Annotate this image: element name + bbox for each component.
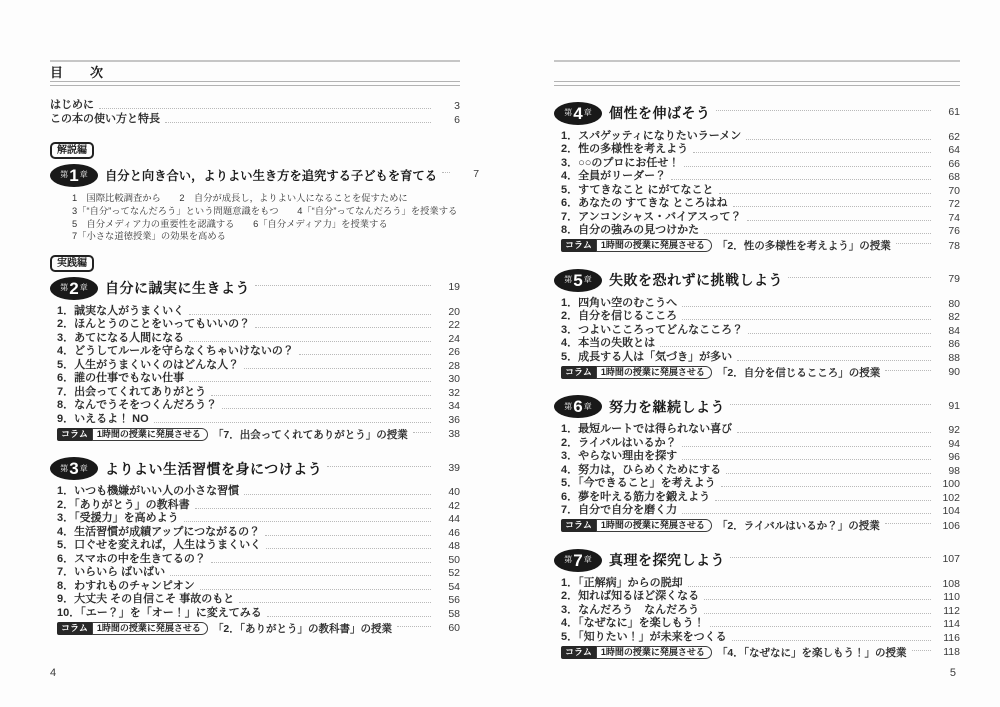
chapter-badge-number: 3 — [69, 460, 78, 477]
column-row: コラム1時間の授業に発展させる「2．「ありがとう」の教科書」の授業60 — [50, 621, 460, 636]
column-box-label: 1時間の授業に発展させる — [596, 519, 712, 532]
chapter-title: 個性を伸ばそう — [609, 103, 711, 123]
dotted-leader — [255, 285, 431, 286]
dotted-leader — [693, 152, 931, 153]
dotted-leader — [397, 626, 431, 627]
subnote-line: 1 国際比較調査から 2 自分が成長し，よりよい人になることを促すために — [72, 192, 460, 205]
chapter-badge-number: 4 — [573, 105, 582, 122]
column-tag: コラム — [561, 519, 596, 532]
dotted-leader — [211, 562, 431, 563]
edition-badge: 実践編 — [50, 255, 94, 272]
dotted-leader — [730, 557, 931, 558]
page-number-right: 5 — [950, 667, 956, 679]
subnote-line: 7「小さな道徳授業」の効果を高める — [72, 230, 460, 243]
column-label: 「2．性の多様性を考えよう」の授業 — [717, 238, 891, 253]
chapter-badge-prefix: 第 — [564, 109, 572, 117]
dotted-leader — [682, 306, 931, 307]
toc-item-page: 100 — [936, 478, 960, 490]
chapter-number-badge: 第5章 — [554, 269, 602, 292]
chapter-section: 解説編第1章自分と向き合い，よりよい生き方を追究する子どもを育てる71 国際比較… — [50, 140, 460, 243]
toc-item-page: 34 — [436, 400, 460, 412]
chapter-page: 79 — [936, 273, 960, 285]
dotted-leader — [715, 500, 931, 501]
toc-item-page: 66 — [936, 158, 960, 170]
column-label: 「2．ライバルはいるか？」の授業 — [717, 518, 880, 533]
chapter-title: 真理を探究しよう — [609, 550, 725, 570]
toc-item-page: 54 — [436, 581, 460, 593]
subnote-line: 3「“自分”ってなんだろう」という問題意識をもつ 4「“自分”ってなんだろう」を… — [72, 205, 460, 218]
chapter-title: 自分と向き合い，よりよい生き方を追究する子どもを育てる — [105, 166, 437, 184]
chapter-item-list: 1．いつも機嫌がいい人の小さな習慣402．「ありがとう」の教科書423．「受援力… — [50, 485, 460, 620]
column-tag: コラム — [561, 366, 596, 379]
column-label: 「2．自分を信じるこころ」の授業 — [717, 365, 880, 380]
dotted-leader — [442, 172, 450, 173]
column-tag: コラム — [561, 239, 596, 252]
toc-item-page: 102 — [936, 492, 960, 504]
chapter-page: 61 — [936, 106, 960, 118]
toc-item: 8．自分の強みの見つけかた76 — [561, 224, 960, 238]
dotted-leader — [716, 110, 932, 111]
chapter-badge-number: 5 — [573, 272, 582, 289]
dotted-leader — [737, 432, 931, 433]
toc-item-page: 70 — [936, 185, 960, 197]
dotted-leader — [200, 589, 431, 590]
dotted-leader — [265, 535, 431, 536]
dotted-leader — [99, 108, 431, 109]
chapter-badge-prefix: 第 — [60, 171, 68, 179]
chapter-badge-number: 1 — [69, 167, 78, 184]
dotted-leader — [746, 139, 931, 140]
chapter-subnotes: 1 国際比較調査から 2 自分が成長し，よりよい人になることを促すために3「“自… — [72, 192, 460, 243]
toc-spread: 目 次 はじめに3この本の使い方と特長6 解説編第1章自分と向き合い，よりよい生… — [0, 0, 1000, 707]
front-item-page: 6 — [436, 114, 460, 126]
column-box-label: 1時間の授業に発展させる — [92, 622, 208, 635]
dotted-leader — [896, 243, 931, 244]
page-header: 目 次 — [50, 60, 460, 86]
column-row: コラム1時間の授業に発展させる「7．出会ってくれてありがとう」の授業38 — [50, 427, 460, 442]
chapter-sections: 第4章個性を伸ばそう611．スパゲッティになりたいラーメン622．性の多様性を考… — [554, 100, 960, 660]
dotted-leader — [704, 613, 931, 614]
toc-item-page: 94 — [936, 438, 960, 450]
dotted-leader — [682, 513, 931, 514]
column-box-label: 1時間の授業に発展させる — [92, 428, 208, 441]
dotted-leader — [327, 466, 431, 467]
toc-item-page: 116 — [936, 632, 960, 644]
chapter-heading: 第7章真理を探究しよう107 — [554, 547, 960, 573]
front-item-label: この本の使い方と特長 — [50, 110, 160, 126]
chapter-badge-prefix: 第 — [564, 556, 572, 564]
chapter-title: 努力を継続しよう — [609, 397, 725, 417]
column-box-label: 1時間の授業に発展させる — [596, 646, 712, 659]
toc-title: 目 次 — [50, 62, 110, 81]
dotted-leader — [154, 422, 431, 423]
dotted-leader — [726, 473, 931, 474]
front-item-page: 3 — [436, 100, 460, 112]
page-header — [554, 60, 960, 86]
toc-item-page: 32 — [436, 387, 460, 399]
toc-item-page: 92 — [936, 424, 960, 436]
chapter-page: 91 — [936, 400, 960, 412]
dotted-leader — [732, 640, 931, 641]
column-page: 78 — [936, 240, 960, 252]
chapter-number-badge: 第4章 — [554, 102, 602, 125]
chapter-item-list: 1．四角い空のむこうへ802．自分を信じるこころ823．つよいこころってどんなこ… — [554, 296, 960, 364]
toc-item-label: 10．「エー？」を「オー！」に変えてみる — [57, 604, 262, 620]
chapter-section: 第3章よりよい生活習慣を身につけよう391．いつも機嫌がいい人の小さな習慣402… — [50, 456, 460, 636]
toc-item-page: 108 — [936, 578, 960, 590]
dotted-leader — [704, 599, 931, 600]
toc-item-page: 30 — [436, 373, 460, 385]
chapter-page: 7 — [455, 168, 479, 180]
dotted-leader — [684, 166, 931, 167]
toc-item-page: 114 — [936, 618, 960, 630]
toc-item-page: 76 — [936, 225, 960, 237]
toc-item-page: 40 — [436, 486, 460, 498]
chapter-title: 失敗を恐れずに挑戦しよう — [609, 270, 783, 290]
chapter-badge-suffix: 章 — [80, 284, 88, 292]
chapter-page: 19 — [436, 281, 460, 293]
dotted-leader — [788, 277, 931, 278]
page-number-left: 4 — [50, 667, 56, 679]
column-tag: コラム — [57, 622, 92, 635]
toc-item-label: 5．「知りたい！」が未来をつくる — [561, 628, 727, 644]
toc-item: 9．いえるよ！ NO36 — [57, 412, 460, 426]
chapter-badge-suffix: 章 — [584, 276, 592, 284]
toc-item-page: 84 — [936, 325, 960, 337]
edition-badge: 解説編 — [50, 142, 94, 159]
toc-item-page: 24 — [436, 333, 460, 345]
toc-item-page: 64 — [936, 144, 960, 156]
column-label: 「4．「なぜなに」を楽しもう！」の授業 — [717, 645, 907, 660]
chapter-badge-suffix: 章 — [584, 556, 592, 564]
chapter-heading: 第1章自分と向き合い，よりよい生き方を追究する子どもを育てる7 — [50, 162, 460, 188]
toc-item-page: 74 — [936, 212, 960, 224]
toc-item-page: 58 — [436, 608, 460, 620]
chapter-heading: 第2章自分に誠実に生きよう19 — [50, 275, 460, 301]
toc-item-page: 88 — [936, 352, 960, 364]
chapter-item-list: 1．誠実な人がうまくいく202．ほんとうのことをいってもいいの？223．あてにな… — [50, 304, 460, 426]
dotted-leader — [733, 206, 931, 207]
chapter-heading: 第4章個性を伸ばそう61 — [554, 100, 960, 126]
dotted-leader — [747, 220, 931, 221]
dotted-leader — [266, 548, 431, 549]
toc-item-page: 28 — [436, 360, 460, 372]
toc-item-page: 22 — [436, 319, 460, 331]
column-tag: コラム — [561, 646, 596, 659]
dotted-leader — [170, 575, 431, 576]
toc-item: 7．自分で自分を磨く力104 — [561, 504, 960, 518]
chapter-section: 第5章失敗を恐れずに挑戦しよう791．四角い空のむこうへ802．自分を信じるここ… — [554, 267, 960, 380]
column-page: 38 — [436, 428, 460, 440]
dotted-leader — [239, 602, 431, 603]
toc-item-page: 46 — [436, 527, 460, 539]
chapter-number-badge: 第6章 — [554, 395, 602, 418]
chapter-section: 第6章努力を継続しよう911．最短ルートでは得られない喜び922．ライバルはいる… — [554, 394, 960, 534]
dotted-leader — [189, 381, 431, 382]
header-band — [554, 62, 960, 81]
chapter-badge-prefix: 第 — [60, 465, 68, 473]
chapter-page: 107 — [936, 553, 960, 565]
chapter-badge-number: 7 — [573, 552, 582, 569]
header-rule-bottom — [50, 81, 460, 86]
column-row: コラム1時間の授業に発展させる「2．性の多様性を考えよう」の授業78 — [554, 238, 960, 253]
toc-item-label: 7．自分で自分を磨く力 — [561, 501, 677, 517]
chapter-badge-prefix: 第 — [564, 403, 572, 411]
chapter-sections: 解説編第1章自分と向き合い，よりよい生き方を追究する子どもを育てる71 国際比較… — [50, 140, 460, 636]
toc-item-page: 62 — [936, 131, 960, 143]
dotted-leader — [721, 486, 931, 487]
dotted-leader — [730, 404, 931, 405]
chapter-title: 自分に誠実に生きよう — [105, 278, 250, 298]
chapter-item-list: 1．スパゲッティになりたいラーメン622．性の多様性を考えよう643．○○のプロ… — [554, 129, 960, 237]
column-page: 90 — [936, 366, 960, 378]
dotted-leader — [299, 354, 431, 355]
chapter-heading: 第5章失敗を恐れずに挑戦しよう79 — [554, 267, 960, 293]
toc-item-page: 26 — [436, 346, 460, 358]
dotted-leader — [244, 368, 431, 369]
toc-item-page: 86 — [936, 338, 960, 350]
chapter-heading: 第3章よりよい生活習慣を身につけよう39 — [50, 456, 460, 482]
toc-item-page: 50 — [436, 554, 460, 566]
toc-item-page: 96 — [936, 451, 960, 463]
toc-item-label: 8．自分の強みの見つけかた — [561, 221, 699, 237]
chapter-page: 39 — [436, 462, 460, 474]
chapter-title: よりよい生活習慣を身につけよう — [105, 459, 322, 479]
dotted-leader — [748, 333, 931, 334]
column-page: 60 — [436, 622, 460, 634]
toc-item-page: 110 — [936, 591, 960, 603]
dotted-leader — [719, 193, 931, 194]
chapter-number-badge: 第3章 — [50, 457, 98, 480]
toc-item-page: 68 — [936, 171, 960, 183]
dotted-leader — [244, 494, 431, 495]
toc-item-page: 44 — [436, 513, 460, 525]
chapter-section: 実践編第2章自分に誠実に生きよう191．誠実な人がうまくいく202．ほんとうのこ… — [50, 253, 460, 442]
chapter-heading: 第6章努力を継続しよう91 — [554, 394, 960, 420]
dotted-leader — [737, 360, 931, 361]
toc-item-page: 112 — [936, 605, 960, 617]
dotted-leader — [710, 626, 931, 627]
column-row: コラム1時間の授業に発展させる「2．ライバルはいるか？」の授業106 — [554, 518, 960, 533]
chapter-badge-number: 6 — [573, 398, 582, 415]
dotted-leader — [885, 523, 931, 524]
toc-item-page: 52 — [436, 567, 460, 579]
column-box-label: 1時間の授業に発展させる — [596, 239, 712, 252]
chapter-section: 第7章真理を探究しよう1071．「正解病」からの脱却1082．知れば知るほど深く… — [554, 547, 960, 660]
column-label: 「7．出会ってくれてありがとう」の授業 — [213, 427, 408, 442]
column-page: 118 — [936, 646, 960, 658]
chapter-number-badge: 第1章 — [50, 164, 98, 187]
dotted-leader — [704, 233, 931, 234]
toc-item-page: 48 — [436, 540, 460, 552]
chapter-badge-prefix: 第 — [60, 284, 68, 292]
chapter-badge-suffix: 章 — [584, 109, 592, 117]
dotted-leader — [267, 616, 431, 617]
chapter-item-list: 1．最短ルートでは得られない喜び922．ライバルはいるか？943．やらない理由を… — [554, 423, 960, 518]
toc-item-page: 80 — [936, 298, 960, 310]
dotted-leader — [413, 432, 431, 433]
toc-item: 5．成長する人は「気づき」が多い88 — [561, 350, 960, 364]
column-label: 「2．「ありがとう」の教科書」の授業 — [213, 621, 392, 636]
header-band: 目 次 — [50, 62, 460, 81]
front-item: この本の使い方と特長6 — [50, 112, 460, 126]
dotted-leader — [211, 395, 431, 396]
toc-item: 5．「知りたい！」が未来をつくる116 — [561, 630, 960, 644]
toc-item-page: 36 — [436, 414, 460, 426]
column-tag: コラム — [57, 428, 92, 441]
column-box-label: 1時間の授業に発展させる — [596, 366, 712, 379]
dotted-leader — [195, 508, 431, 509]
chapter-item-list: 1．「正解病」からの脱却1082．知れば知るほど深くなる1103．なんだろう な… — [554, 576, 960, 644]
chapter-badge-number: 2 — [69, 280, 78, 297]
dotted-leader — [165, 122, 431, 123]
subnote-line: 5 自分メディア力の重要性を認識する 6「自分メディア力」を授業する — [72, 218, 460, 231]
dotted-leader — [885, 370, 931, 371]
toc-page-left: 目 次 はじめに3この本の使い方と特長6 解説編第1章自分と向き合い，よりよい生… — [50, 0, 460, 636]
toc-item-label: 9．いえるよ！ NO — [57, 410, 149, 426]
front-matter-list: はじめに3この本の使い方と特長6 — [50, 98, 460, 126]
dotted-leader — [912, 650, 931, 651]
dotted-leader — [688, 586, 931, 587]
chapter-badge-suffix: 章 — [80, 465, 88, 473]
chapter-badge-suffix: 章 — [584, 403, 592, 411]
toc-item-page: 98 — [936, 465, 960, 477]
toc-page-right: 第4章個性を伸ばそう611．スパゲッティになりたいラーメン622．性の多様性を考… — [554, 0, 960, 660]
chapter-section: 第4章個性を伸ばそう611．スパゲッティになりたいラーメン622．性の多様性を考… — [554, 100, 960, 253]
toc-item-label: 5．成長する人は「気づき」が多い — [561, 348, 732, 364]
toc-item-page: 104 — [936, 505, 960, 517]
toc-item: 10．「エー？」を「オー！」に変えてみる58 — [57, 606, 460, 620]
chapter-number-badge: 第7章 — [554, 549, 602, 572]
column-row: コラム1時間の授業に発展させる「2．自分を信じるこころ」の授業90 — [554, 365, 960, 380]
toc-item-page: 56 — [436, 594, 460, 606]
toc-item-page: 20 — [436, 306, 460, 318]
toc-item-page: 42 — [436, 500, 460, 512]
dotted-leader — [682, 446, 931, 447]
toc-item-page: 72 — [936, 198, 960, 210]
column-page: 106 — [936, 520, 960, 532]
chapter-badge-prefix: 第 — [564, 276, 572, 284]
toc-item-page: 82 — [936, 311, 960, 323]
header-rule-bottom — [554, 81, 960, 86]
dotted-leader — [255, 327, 431, 328]
column-row: コラム1時間の授業に発展させる「4．「なぜなに」を楽しもう！」の授業118 — [554, 645, 960, 660]
chapter-badge-suffix: 章 — [80, 171, 88, 179]
chapter-number-badge: 第2章 — [50, 277, 98, 300]
dotted-leader — [222, 408, 431, 409]
